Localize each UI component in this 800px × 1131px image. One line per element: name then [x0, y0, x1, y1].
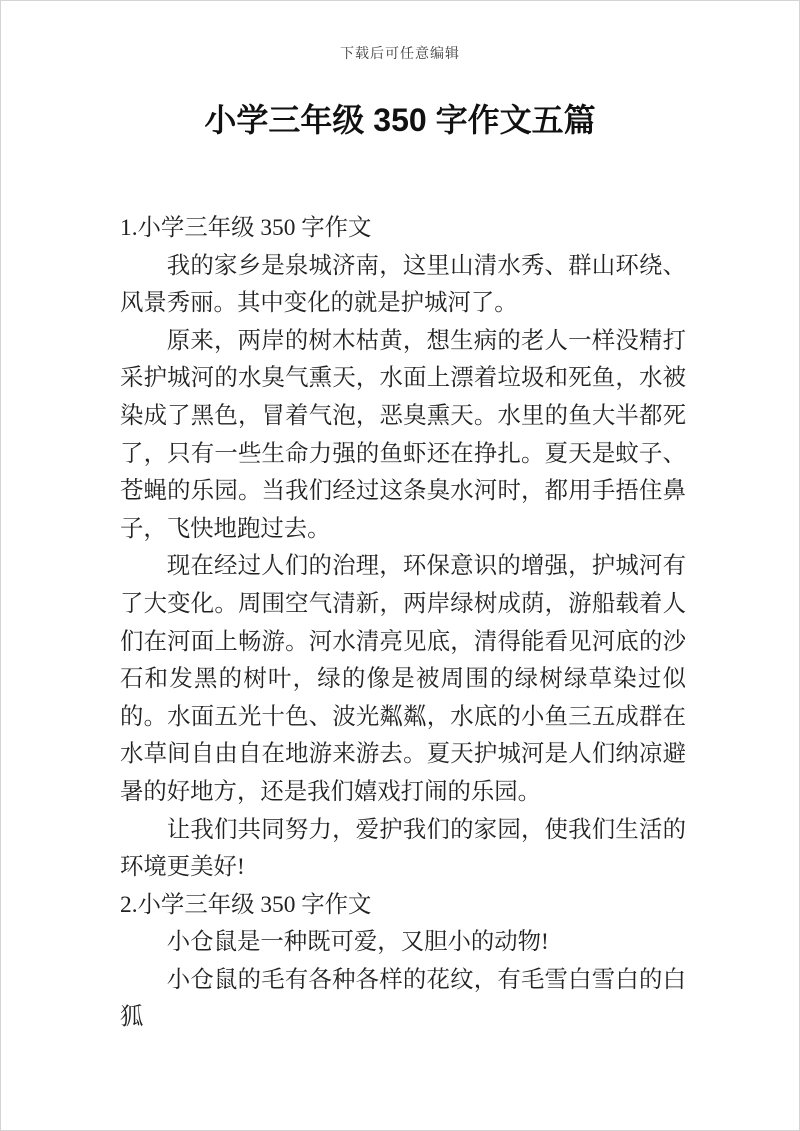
edit-notice-header: 下载后可任意编辑: [1, 1, 799, 64]
essay-1-paragraph-3: 现在经过人们的治理，环保意识的增强，护城河有了大变化。周围空气清新，两岸绿树成荫…: [120, 548, 686, 811]
essay-1-paragraph-1: 我的家乡是泉城济南，这里山清水秀、群山环绕、风景秀丽。其中变化的就是护城河了。: [120, 248, 686, 323]
essay-2-paragraph-2: 小仓鼠的毛有各种各样的花纹，有毛雪白雪白的白狐: [120, 962, 686, 1037]
essay-2-heading: 2.小学三年级 350 字作文: [120, 887, 686, 925]
essay-2-paragraph-1: 小仓鼠是一种既可爱，又胆小的动物!: [120, 924, 686, 962]
document-page: 下载后可任意编辑 小学三年级 350 字作文五篇 1.小学三年级 350 字作文…: [0, 0, 800, 1131]
essay-1-heading: 1.小学三年级 350 字作文: [120, 210, 686, 248]
essay-1-paragraph-4: 让我们共同努力，爱护我们的家园，使我们生活的环境更美好!: [120, 812, 686, 887]
document-body: 1.小学三年级 350 字作文 我的家乡是泉城济南，这里山清水秀、群山环绕、风景…: [120, 210, 686, 1037]
document-title: 小学三年级 350 字作文五篇: [1, 102, 799, 138]
essay-1-paragraph-2: 原来，两岸的树木枯黄，想生病的老人一样没精打采护城河的水臭气熏天，水面上漂着垃圾…: [120, 323, 686, 549]
